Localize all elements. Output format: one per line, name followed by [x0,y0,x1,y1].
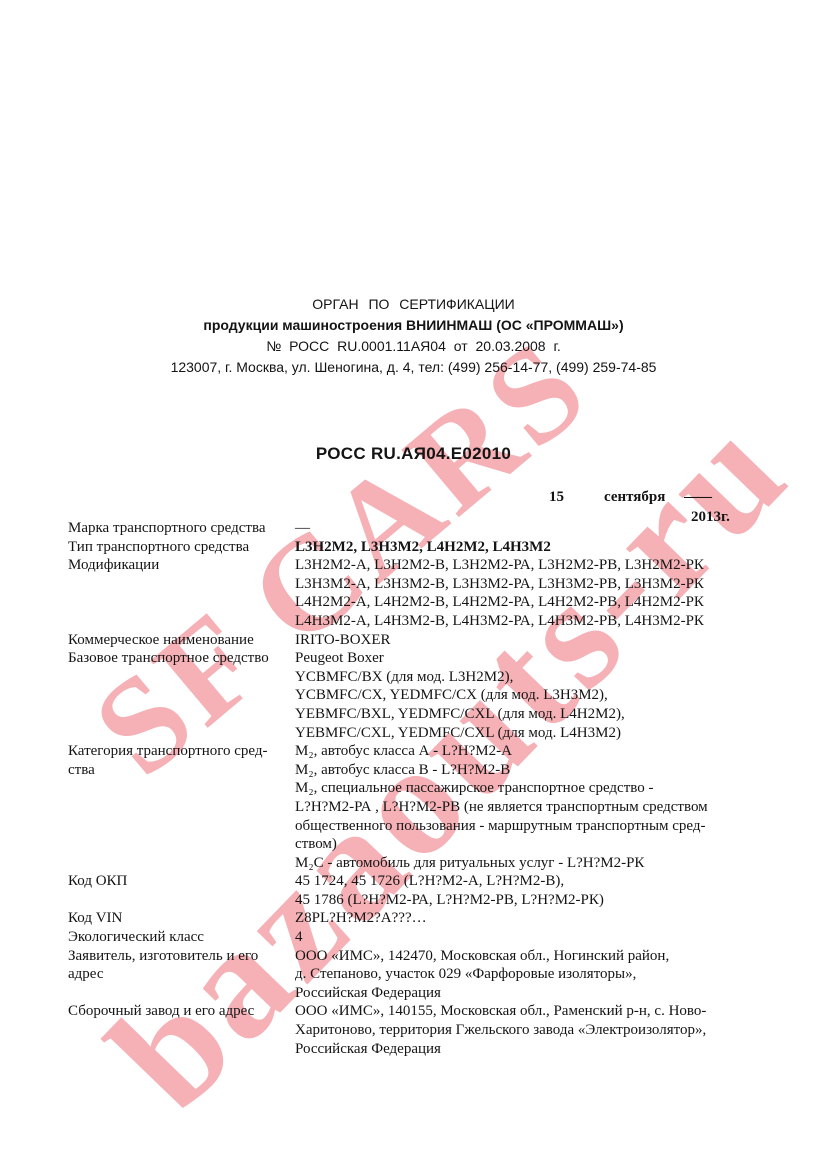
field-row: Категория транспортного сред- стваM₂, ав… [68,742,791,872]
field-value-line: M₂, специальное пассажирское транспортно… [295,779,791,798]
field-value-line: L3H2M2-A, L3H2M2-B, L3H2M2-РА, L3H2M2-РВ… [295,556,791,575]
field-row: Базовое транспортное средствоPeugeot Box… [68,649,791,742]
field-label: Сборочный завод и его адрес [68,1002,295,1021]
org-title: ОРГАН ПО СЕРТИФИКАЦИИ [0,294,827,315]
document-content: ОРГАН ПО СЕРТИФИКАЦИИ продукции машиност… [0,0,827,1170]
field-value-line: ством) [295,835,791,854]
field-value-line: L4H3M2-A, L4H3M2-B, L4H3M2-РА, L4H3M2-РВ… [295,612,791,631]
certificate-number: РОСС RU.АЯ04.Е02010 [0,444,827,464]
field-value-line: L3H2M2, L3H3M2, L4H2M2, L4H3M2 [295,538,791,557]
field-value-line: ООО «ИМС», 140155, Московская обл., Раме… [295,1002,791,1021]
field-value-line: L3H3M2-A, L3H3M2-B, L3H3M2-РА, L3H3M2-РВ… [295,575,791,594]
field-label: Коммерческое наименование [68,631,295,650]
field-value-line: M₂, автобус класса А - L?H?M2-A [295,742,791,761]
field-value-line: 45 1786 (L?H?M2-РА, L?H?M2-РВ, L?H?M2-РК… [295,891,791,910]
date-dash: —— [684,489,710,506]
field-value-line: M₂С - автомобиль для ритуальных услуг - … [295,854,791,873]
certification-body-header: ОРГАН ПО СЕРТИФИКАЦИИ продукции машиност… [0,294,827,378]
field-value-line: YEBMFC/CXL, YEDMFC/CXL (для мод. L4H3M2) [295,724,791,743]
field-value: Z8PL?H?M2?A???… [295,909,791,928]
field-value: L3H2M2-A, L3H2M2-B, L3H2M2-РА, L3H2M2-РВ… [295,556,791,630]
field-value-line: Харитоново, территория Гжельского завода… [295,1021,791,1040]
field-value-line: L4H2M2-A, L4H2M2-B, L4H2M2-РА, L4H2M2-РВ… [295,593,791,612]
field-value-line: — [295,519,791,538]
field-label: Код ОКП [68,872,295,891]
field-value: 45 1724, 45 1726 (L?H?M2-A, L?H?M2-B),45… [295,872,791,909]
field-row: Сборочный завод и его адресООО «ИМС», 14… [68,1002,791,1058]
field-value-line: ООО «ИМС», 142470, Московская обл., Ноги… [295,947,791,966]
field-value: ООО «ИМС», 140155, Московская обл., Раме… [295,1002,791,1058]
field-label: Категория транспортного сред- ства [68,742,295,779]
fields-table: Марка транспортного средства—Тип транспо… [68,519,791,1058]
field-row: Код VINZ8PL?H?M2?A???… [68,909,791,928]
field-row: Тип транспортного средстваL3H2M2, L3H3M2… [68,538,791,557]
field-value-line: д. Степаново, участок 029 «Фарфоровые из… [295,965,791,984]
field-row: Экологический класс4 [68,928,791,947]
field-label: Тип транспортного средства [68,538,295,557]
field-row: МодификацииL3H2M2-A, L3H2M2-B, L3H2M2-РА… [68,556,791,630]
field-value: ООО «ИМС», 142470, Московская обл., Ноги… [295,947,791,1003]
field-row: Заявитель, изготовитель и его адресООО «… [68,947,791,1003]
field-label: Код VIN [68,909,295,928]
org-address: 123007, г. Москва, ул. Шеногина, д. 4, т… [0,357,827,378]
field-value-line: 45 1724, 45 1726 (L?H?M2-A, L?H?M2-B), [295,872,791,891]
field-value-line: YCBMFC/BX (для мод. L3H2M2), [295,668,791,687]
date-month: сентября [604,489,665,506]
field-value: IRITO-BOXER [295,631,791,650]
field-label: Модификации [68,556,295,575]
field-row: Код ОКП45 1724, 45 1726 (L?H?M2-A, L?H?M… [68,872,791,909]
field-value: 4 [295,928,791,947]
date-day: 15 [549,489,564,506]
certificate-page: SF CARS bazaouts-ru ОРГАН ПО СЕРТИФИКАЦИ… [0,0,827,1170]
field-value-line: IRITO-BOXER [295,631,791,650]
field-value-line: YCBMFC/CX, YEDMFC/CX (для мод. L3H3M2), [295,686,791,705]
field-value-line: Peugeot Boxer [295,649,791,668]
field-value-line: L?H?M2-РА , L?H?M2-РВ (не является транс… [295,798,791,817]
field-row: Коммерческое наименованиеIRITO-BOXER [68,631,791,650]
field-label: Экологический класс [68,928,295,947]
org-registration-number: № РОСС RU.0001.11АЯ04 от 20.03.2008 г. [0,336,827,357]
field-value-line: Z8PL?H?M2?A???… [295,909,791,928]
field-value: L3H2M2, L3H3M2, L4H2M2, L4H3M2 [295,538,791,557]
field-value-line: Российская Федерация [295,984,791,1003]
field-label: Марка транспортного средства [68,519,295,538]
field-value-line: общественного пользования - маршрутным т… [295,817,791,836]
field-label: Базовое транспортное средство [68,649,295,668]
field-row: Марка транспортного средства— [68,519,791,538]
field-value: Peugeot BoxerYCBMFC/BX (для мод. L3H2M2)… [295,649,791,742]
field-label: Заявитель, изготовитель и его адрес [68,947,295,984]
field-value-line: 4 [295,928,791,947]
field-value-line: M₂, автобус класса В - L?H?M2-B [295,761,791,780]
field-value-line: YEBMFC/BXL, YEDMFC/CXL (для мод. L4H2M2)… [295,705,791,724]
field-value-line: Российская Федерация [295,1040,791,1059]
field-value: M₂, автобус класса А - L?H?M2-AM₂, автоб… [295,742,791,872]
field-value: — [295,519,791,538]
org-subtitle: продукции машиностроения ВНИИНМАШ (ОС «П… [0,315,827,336]
